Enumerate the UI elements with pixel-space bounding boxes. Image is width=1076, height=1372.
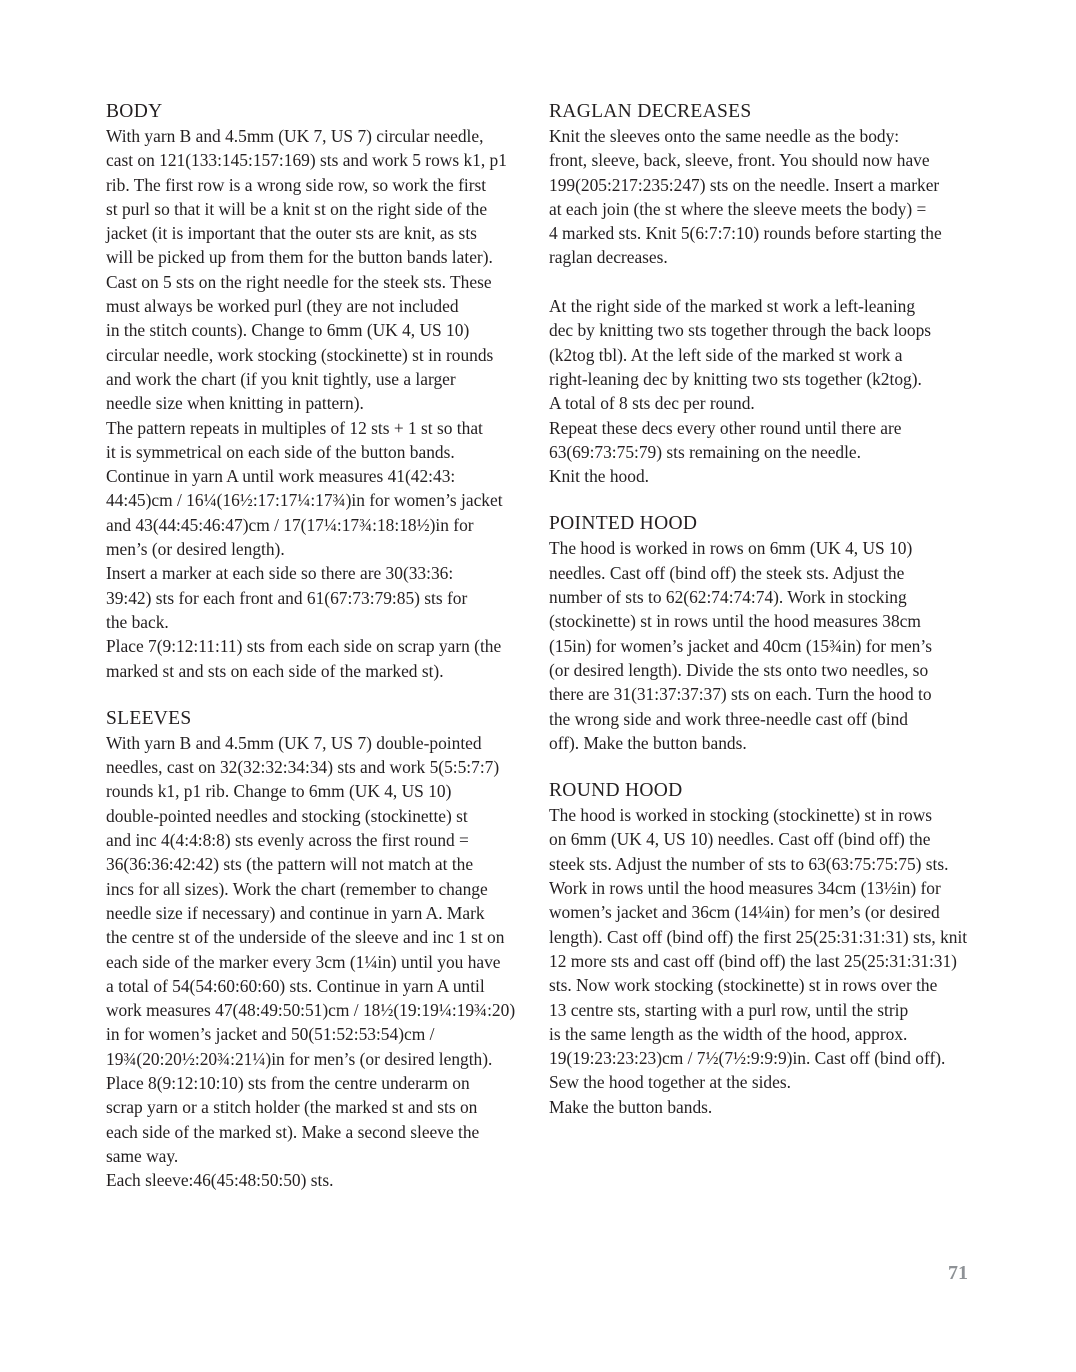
text-line: there are 31(31:37:37:37) sts on each. T… xyxy=(549,682,979,706)
text-line: 63(69:73:75:79) sts remaining on the nee… xyxy=(549,440,979,464)
text-line: Make the button bands. xyxy=(549,1095,979,1119)
section-heading-body: BODY xyxy=(106,100,536,124)
text-line: Work in rows until the hood measures 34c… xyxy=(549,876,979,900)
section-heading-pointed-hood: POINTED HOOD xyxy=(549,512,979,536)
text-line: in for women’s jacket and 50(51:52:53:54… xyxy=(106,1022,536,1046)
text-line: A total of 8 sts dec per round. xyxy=(549,391,979,415)
text-line: sts. Now work stocking (stockinette) st … xyxy=(549,973,979,997)
text-line: 12 more sts and cast off (bind off) the … xyxy=(549,949,979,973)
text-line: right-leaning dec by knitting two sts to… xyxy=(549,367,979,391)
text-line: Sew the hood together at the sides. xyxy=(549,1070,979,1094)
text-line: Knit the sleeves onto the same needle as… xyxy=(549,124,979,148)
section-heading-round-hood: ROUND HOOD xyxy=(549,779,979,803)
text-line: a total of 54(54:60:60:60) sts. Continue… xyxy=(106,974,536,998)
text-line: dec by knitting two sts together through… xyxy=(549,318,979,342)
text-line: Each sleeve:46(45:48:50:50) sts. xyxy=(106,1168,536,1192)
raglan-instructions-1: Knit the sleeves onto the same needle as… xyxy=(549,124,979,270)
text-line: At the right side of the marked st work … xyxy=(549,294,979,318)
body-instructions: With yarn B and 4.5mm (UK 7, US 7) circu… xyxy=(106,124,536,683)
document-page: BODY With yarn B and 4.5mm (UK 7, US 7) … xyxy=(0,0,1076,1372)
text-line: each side of the marker every 3cm (1¼in)… xyxy=(106,950,536,974)
text-line: 19(19:23:23:23)cm / 7½(7½:9:9:9)in. Cast… xyxy=(549,1046,979,1070)
text-line: Cast on 5 sts on the right needle for th… xyxy=(106,270,536,294)
section-heading-sleeves: SLEEVES xyxy=(106,707,536,731)
text-line: off). Make the button bands. xyxy=(549,731,979,755)
left-column: BODY With yarn B and 4.5mm (UK 7, US 7) … xyxy=(106,100,536,1192)
text-line: steek sts. Adjust the number of sts to 6… xyxy=(549,852,979,876)
text-line: front, sleeve, back, sleeve, front. You … xyxy=(549,148,979,172)
text-line: at each join (the st where the sleeve me… xyxy=(549,197,979,221)
text-line: 39:42) sts for each front and 61(67:73:7… xyxy=(106,586,536,610)
text-line: Repeat these decs every other round unti… xyxy=(549,416,979,440)
right-column: RAGLAN DECREASES Knit the sleeves onto t… xyxy=(549,100,979,1119)
text-line: Knit the hood. xyxy=(549,464,979,488)
text-line: needle size when knitting in pattern). xyxy=(106,391,536,415)
text-line: 13 centre sts, starting with a purl row,… xyxy=(549,998,979,1022)
pointed-hood-instructions: The hood is worked in rows on 6mm (UK 4,… xyxy=(549,536,979,755)
text-line: and 43(44:45:46:47)cm / 17(17¼:17¾:18:18… xyxy=(106,513,536,537)
text-line: The hood is worked in rows on 6mm (UK 4,… xyxy=(549,536,979,560)
text-line: same way. xyxy=(106,1144,536,1168)
text-line: needles. Cast off (bind off) the steek s… xyxy=(549,561,979,585)
text-line: scrap yarn or a stitch holder (the marke… xyxy=(106,1095,536,1119)
text-line: number of sts to 62(62:74:74:74). Work i… xyxy=(549,585,979,609)
section-raglan-decreases: RAGLAN DECREASES Knit the sleeves onto t… xyxy=(549,100,979,488)
text-line: is the same length as the width of the h… xyxy=(549,1022,979,1046)
section-heading-raglan-decreases: RAGLAN DECREASES xyxy=(549,100,979,124)
section-round-hood: ROUND HOOD The hood is worked in stockin… xyxy=(549,779,979,1119)
text-line: men’s (or desired length). xyxy=(106,537,536,561)
text-line: needles, cast on 32(32:32:34:34) sts and… xyxy=(106,755,536,779)
text-line: length). Cast off (bind off) the first 2… xyxy=(549,925,979,949)
text-line: st purl so that it will be a knit st on … xyxy=(106,197,536,221)
text-line: must always be worked purl (they are not… xyxy=(106,294,536,318)
text-line: it is symmetrical on each side of the bu… xyxy=(106,440,536,464)
text-line: (15in) for women’s jacket and 40cm (15¾i… xyxy=(549,634,979,658)
round-hood-instructions: The hood is worked in stocking (stockine… xyxy=(549,803,979,1119)
text-line: jacket (it is important that the outer s… xyxy=(106,221,536,245)
text-line: work measures 47(48:49:50:51)cm / 18½(19… xyxy=(106,998,536,1022)
sleeves-instructions: With yarn B and 4.5mm (UK 7, US 7) doubl… xyxy=(106,731,536,1193)
text-line: The hood is worked in stocking (stockine… xyxy=(549,803,979,827)
text-line: Place 8(9:12:10:10) sts from the centre … xyxy=(106,1071,536,1095)
text-line: circular needle, work stocking (stockine… xyxy=(106,343,536,367)
text-line: double-pointed needles and stocking (sto… xyxy=(106,804,536,828)
text-line: The pattern repeats in multiples of 12 s… xyxy=(106,416,536,440)
text-line: raglan decreases. xyxy=(549,245,979,269)
section-sleeves: SLEEVES With yarn B and 4.5mm (UK 7, US … xyxy=(106,707,536,1193)
text-line: the centre st of the underside of the sl… xyxy=(106,925,536,949)
section-pointed-hood: POINTED HOOD The hood is worked in rows … xyxy=(549,512,979,755)
text-line: 4 marked sts. Knit 5(6:7:7:10) rounds be… xyxy=(549,221,979,245)
text-line: incs for all sizes). Work the chart (rem… xyxy=(106,877,536,901)
text-line: rib. The first row is a wrong side row, … xyxy=(106,173,536,197)
text-line: in the stitch counts). Change to 6mm (UK… xyxy=(106,318,536,342)
text-line: and inc 4(4:4:8:8) sts evenly across the… xyxy=(106,828,536,852)
text-line: 44:45)cm / 16¼(16½:17:17¼:17¾)in for wom… xyxy=(106,488,536,512)
text-line: on 6mm (UK 4, US 10) needles. Cast off (… xyxy=(549,827,979,851)
text-line: (or desired length). Divide the sts onto… xyxy=(549,658,979,682)
text-line: and work the chart (if you knit tightly,… xyxy=(106,367,536,391)
text-line: With yarn B and 4.5mm (UK 7, US 7) doubl… xyxy=(106,731,536,755)
text-line: 199(205:217:235:247) sts on the needle. … xyxy=(549,173,979,197)
text-line: Place 7(9:12:11:11) sts from each side o… xyxy=(106,634,536,658)
text-line: marked st and sts on each side of the ma… xyxy=(106,659,536,683)
text-line: Continue in yarn A until work measures 4… xyxy=(106,464,536,488)
text-line: women’s jacket and 36cm (14¼in) for men’… xyxy=(549,900,979,924)
text-line: will be picked up from them for the butt… xyxy=(106,245,536,269)
section-body: BODY With yarn B and 4.5mm (UK 7, US 7) … xyxy=(106,100,536,683)
text-line: cast on 121(133:145:157:169) sts and wor… xyxy=(106,148,536,172)
text-line: Insert a marker at each side so there ar… xyxy=(106,561,536,585)
text-line: the back. xyxy=(106,610,536,634)
raglan-instructions-2: At the right side of the marked st work … xyxy=(549,294,979,488)
page-number: 71 xyxy=(948,1262,968,1285)
text-line: 36(36:36:42:42) sts (the pattern will no… xyxy=(106,852,536,876)
text-line: (k2tog tbl). At the left side of the mar… xyxy=(549,343,979,367)
text-line: each side of the marked st). Make a seco… xyxy=(106,1120,536,1144)
text-line: (stockinette) st in rows until the hood … xyxy=(549,609,979,633)
text-line: needle size if necessary) and continue i… xyxy=(106,901,536,925)
text-line: With yarn B and 4.5mm (UK 7, US 7) circu… xyxy=(106,124,536,148)
text-line: rounds k1, p1 rib. Change to 6mm (UK 4, … xyxy=(106,779,536,803)
text-line: 19¾(20:20½:20¾:21¼)in for men’s (or desi… xyxy=(106,1047,536,1071)
text-line: the wrong side and work three-needle cas… xyxy=(549,707,979,731)
